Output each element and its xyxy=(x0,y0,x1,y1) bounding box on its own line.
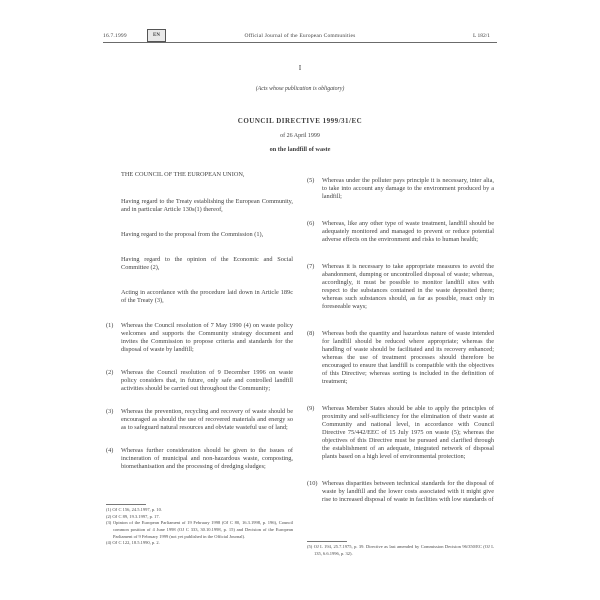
preamble-citation: Having regard to the opinion of the Econ… xyxy=(121,256,293,272)
directive-date: of 26 April 1999 xyxy=(0,133,600,139)
recital-text: Whereas both the quantity and hazardous … xyxy=(322,330,494,386)
header-rule xyxy=(103,42,497,43)
recital: (4) Whereas further consideration should… xyxy=(106,447,293,471)
recital-number: (6) xyxy=(307,220,322,244)
section-numeral: I xyxy=(0,63,600,72)
header-page-reference: L 182/1 xyxy=(380,33,490,39)
right-column: (5) Whereas under the polluter pays prin… xyxy=(307,177,494,539)
right-footnotes: (5) OJ L 194, 25.7.1975, p. 39. Directiv… xyxy=(307,541,494,557)
recital-number: (5) xyxy=(307,177,322,201)
recital-text: Whereas the prevention, recycling and re… xyxy=(121,408,293,432)
footnote-rule xyxy=(106,504,146,505)
footnote: (2) OJ C 89, 19.3.1997, p. 17. xyxy=(106,514,293,521)
recital: (6) Whereas, like any other type of wast… xyxy=(307,220,494,244)
recital-text: Whereas further consideration should be … xyxy=(121,447,293,471)
recital-number: (2) xyxy=(106,369,121,393)
recital-number: (10) xyxy=(307,480,322,504)
recital: (3) Whereas the prevention, recycling an… xyxy=(106,408,293,432)
recital-text: Whereas under the polluter pays principl… xyxy=(322,177,494,201)
footnote-rule xyxy=(307,541,347,542)
recital: (9) Whereas Member States should be able… xyxy=(307,405,494,461)
recital: (10) Whereas disparities between technic… xyxy=(307,480,494,504)
recital-text: Whereas the Council resolution of 9 Dece… xyxy=(121,369,293,393)
recital-number: (9) xyxy=(307,405,322,461)
header-journal-title: Official Journal of the European Communi… xyxy=(0,33,600,39)
recital-text: Whereas it is necessary to take appropri… xyxy=(322,263,494,311)
left-footnotes: (1) OJ C 156, 24.5.1997, p. 10. (2) OJ C… xyxy=(106,504,293,547)
recital-number: (4) xyxy=(106,447,121,471)
recital-text: Whereas Member States should be able to … xyxy=(322,405,494,461)
recital-number: (1) xyxy=(106,322,121,354)
recital: (2) Whereas the Council resolution of 9 … xyxy=(106,369,293,393)
recital-text: Whereas the Council resolution of 7 May … xyxy=(121,322,293,354)
oj-document-page: 16.7.1999 EN Official Journal of the Eur… xyxy=(0,0,600,600)
recital-number: (3) xyxy=(106,408,121,432)
page-content: 16.7.1999 EN Official Journal of the Eur… xyxy=(0,0,600,600)
section-subtitle: (Acts whose publication is obligatory) xyxy=(0,86,600,92)
preamble-citation: Having regard to the Treaty establishing… xyxy=(121,198,293,214)
directive-title: COUNCIL DIRECTIVE 1999/31/EC xyxy=(0,117,600,125)
recital: (1) Whereas the Council resolution of 7 … xyxy=(106,322,293,354)
footnote: (4) OJ C 122, 18.5.1990, p. 2. xyxy=(106,540,293,547)
recital: (8) Whereas both the quantity and hazard… xyxy=(307,330,494,386)
recital-text: Whereas, like any other type of waste tr… xyxy=(322,220,494,244)
footnote: (5) OJ L 194, 25.7.1975, p. 39. Directiv… xyxy=(307,544,494,557)
recital-number: (7) xyxy=(307,263,322,311)
recital: (7) Whereas it is necessary to take appr… xyxy=(307,263,494,311)
recital-number: (8) xyxy=(307,330,322,386)
left-column: THE COUNCIL OF THE EUROPEAN UNION, Havin… xyxy=(106,171,293,503)
preamble-opening: THE COUNCIL OF THE EUROPEAN UNION, xyxy=(121,171,293,179)
preamble-citation: Having regard to the proposal from the C… xyxy=(121,231,293,239)
recital-text: Whereas disparities between technical st… xyxy=(322,480,494,504)
directive-subject: on the landfill of waste xyxy=(0,146,600,153)
preamble-citation: Acting in accordance with the procedure … xyxy=(121,289,293,305)
footnote: (1) OJ C 156, 24.5.1997, p. 10. xyxy=(106,507,293,514)
footnote: (3) Opinion of the European Parliament o… xyxy=(106,520,293,540)
recital: (5) Whereas under the polluter pays prin… xyxy=(307,177,494,201)
